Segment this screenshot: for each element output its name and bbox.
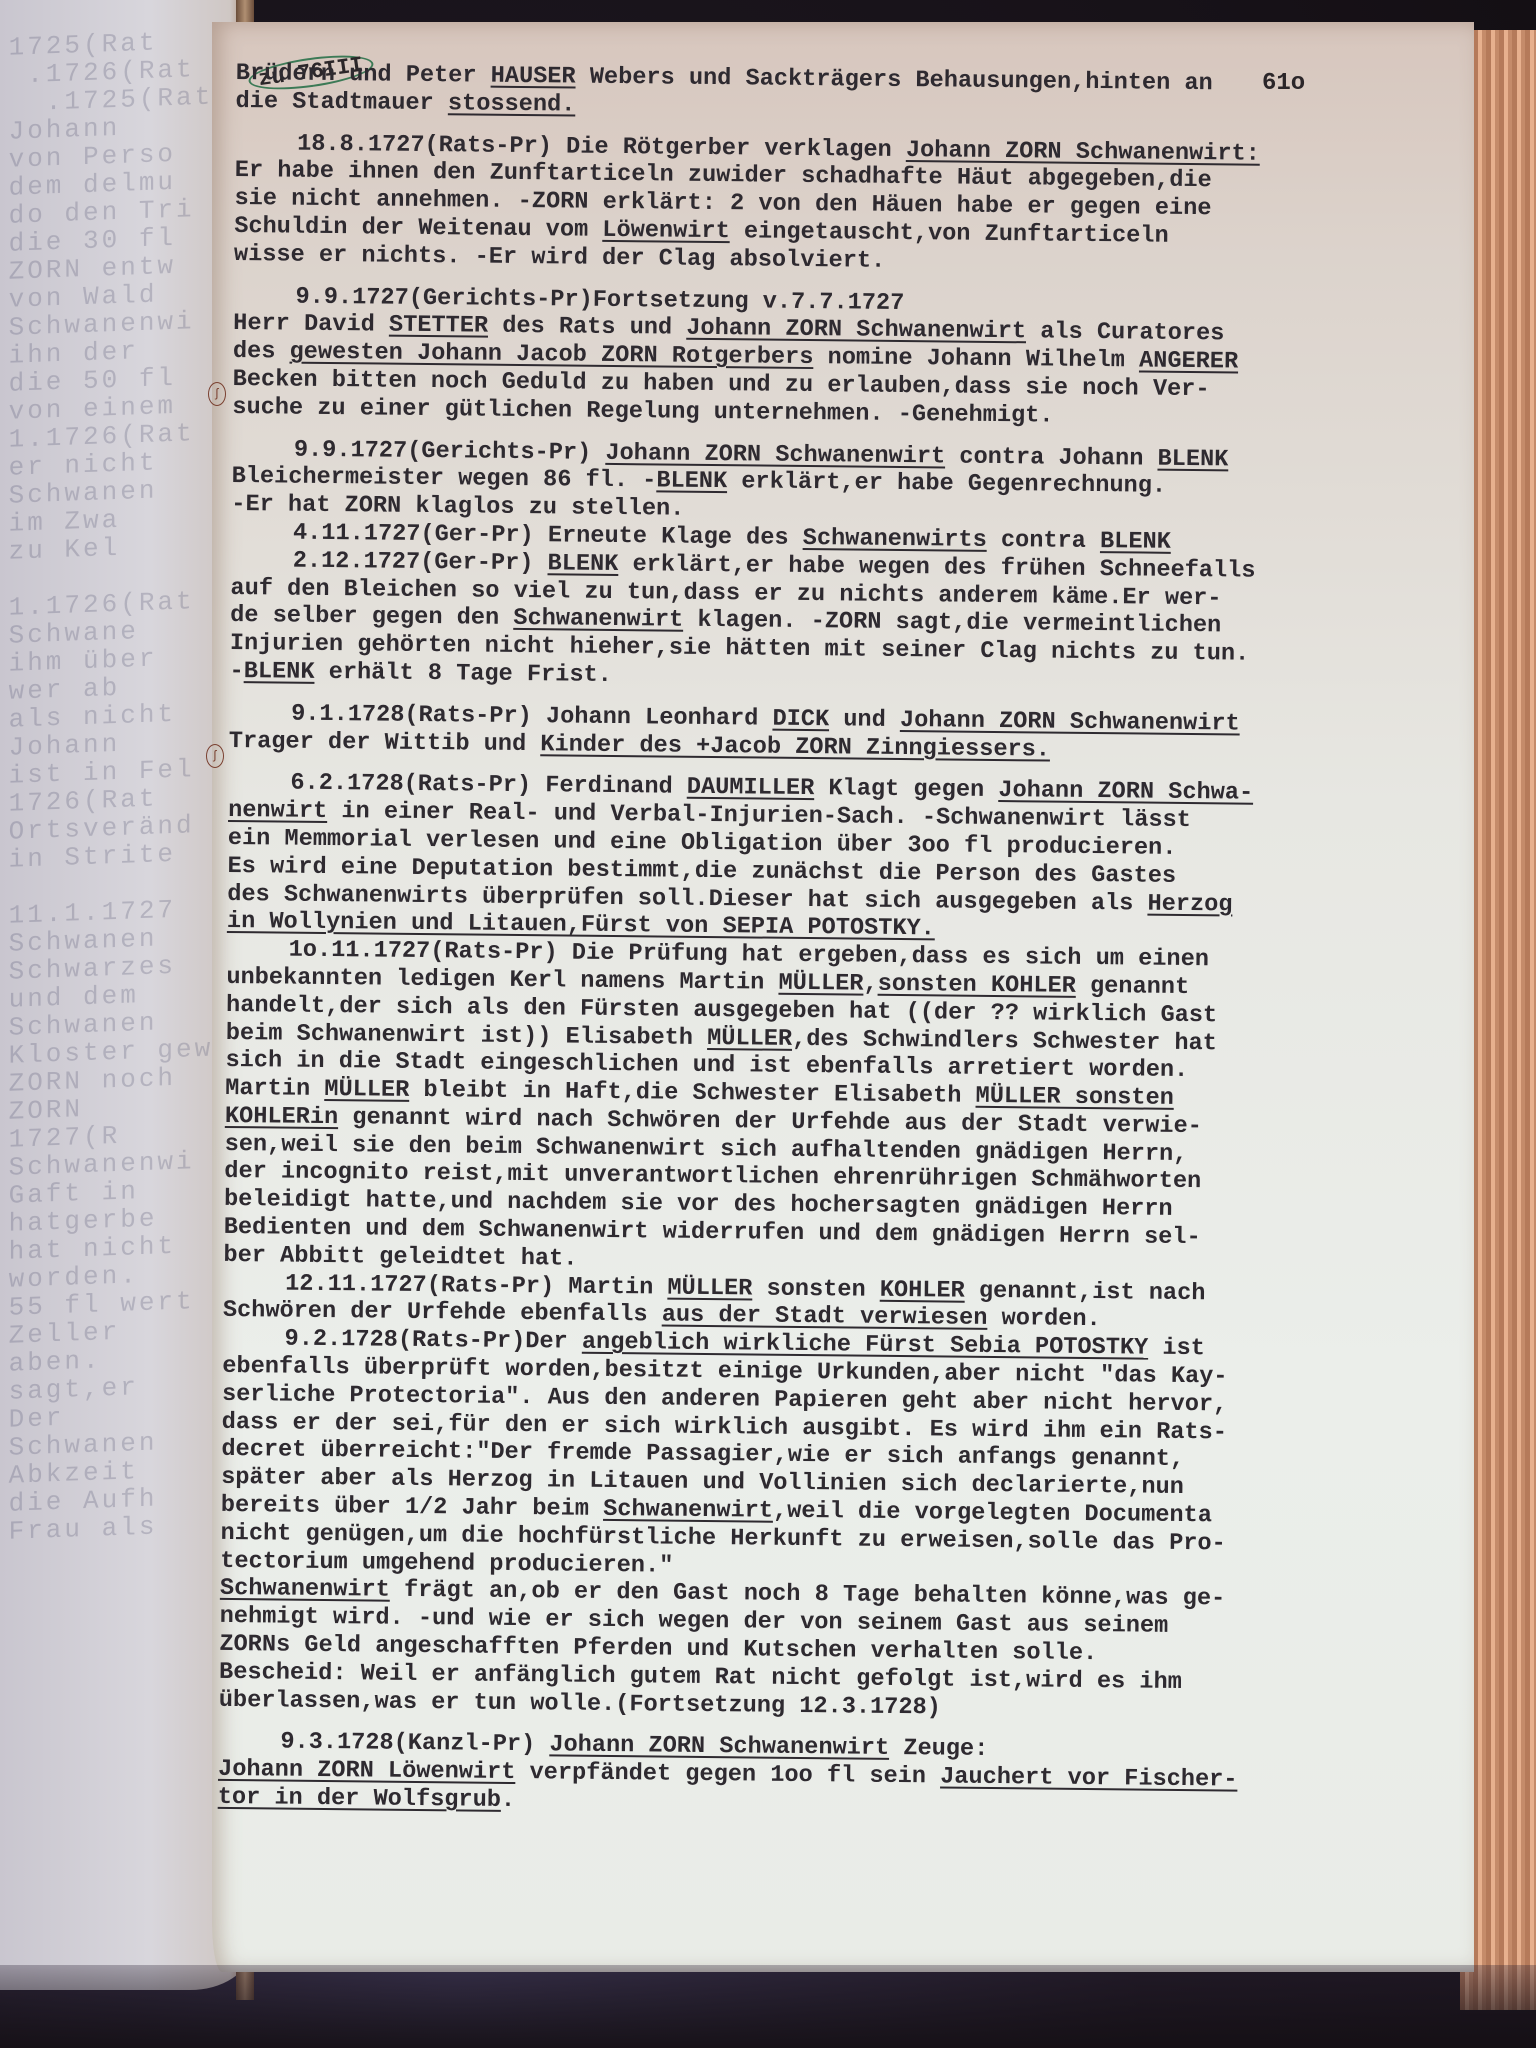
text-segment: -Er hat ZORN klaglos zu stellen. xyxy=(231,491,684,523)
record-entry: Brüdern und Peter HAUSER Webers und Sack… xyxy=(235,60,1466,128)
text-segment: . xyxy=(501,1787,515,1814)
text-segment: sonsten xyxy=(752,1275,880,1303)
underlined-name: gewesten Johann Jacob ZORN Rotgerbers xyxy=(289,339,813,371)
record-entry: 18.8.1727(Rats-Pr) Die Rötgerber verklag… xyxy=(234,130,1465,282)
text-segment: des xyxy=(233,338,290,366)
underlined-name: nenwirt xyxy=(228,797,327,825)
underlined-name: BLENK xyxy=(1157,445,1228,473)
text-segment: als Curatores xyxy=(1026,319,1225,348)
underlined-name: DAUMILLER xyxy=(687,774,815,802)
underlined-name: MÜLLER xyxy=(707,1024,792,1052)
text-segment: eingetauscht,von Zunftarticeln xyxy=(730,218,1169,250)
text-segment: Zeuge: xyxy=(889,1735,988,1763)
underlined-name: Herzog xyxy=(1147,890,1232,918)
text-segment: 6.2.1728(Rats-Pr) Ferdinand xyxy=(290,770,687,801)
underlined-name: Schwanenwirt xyxy=(220,1575,390,1604)
text-segment: ber Abbitt geleidtet hat. xyxy=(223,1242,577,1273)
underlined-name: HAUSER xyxy=(491,63,576,91)
text-segment: wisse er nichts. -Er wird der Clag absol… xyxy=(234,241,886,275)
table-surface xyxy=(0,1965,1536,2048)
underlined-name: Johann ZORN Schwanenwirt: xyxy=(906,137,1260,168)
underlined-name: Schwanenwirt xyxy=(603,1496,773,1525)
underlined-name: Schwanenwirt xyxy=(513,605,683,634)
text-segment: 12.11.1727(Rats-Pr) Martin xyxy=(285,1270,668,1301)
underlined-name: BLENK xyxy=(547,550,618,578)
underlined-name: Johann ZORN Schwanenwirt xyxy=(900,707,1240,738)
text-segment: 9.1.1728(Rats-Pr) Johann Leonhard xyxy=(291,700,773,732)
underlined-name: Jauchert vor Fischer- xyxy=(940,1764,1238,1794)
text-segment: de selber gegen den xyxy=(230,602,513,632)
typewritten-text-body: Brüdern und Peter HAUSER Webers und Sack… xyxy=(218,60,1466,1825)
text-segment: Martin xyxy=(225,1075,324,1103)
underlined-name: MÜLLER sonsten xyxy=(975,1083,1174,1112)
underlined-name: BLENK xyxy=(1100,528,1171,556)
text-segment: 9.2.1728(Rats-Pr)Der xyxy=(284,1326,582,1356)
underlined-name: Johann ZORN Schwa- xyxy=(998,777,1253,807)
text-segment: ist xyxy=(1148,1335,1205,1363)
text-segment: nomine Johann Wilhelm xyxy=(813,344,1139,374)
text-segment: Schuldin der Weitenau vom xyxy=(234,213,602,244)
underlined-name: ANGERER xyxy=(1139,348,1238,376)
text-segment: Trager der Wittib und xyxy=(229,727,541,757)
text-segment: erklärt,er habe Gegenrechnung. xyxy=(727,469,1166,501)
underlined-name: BLENK xyxy=(656,468,727,496)
text-segment: beim Schwanenwirt ist)) Elisabeth xyxy=(226,1019,708,1051)
text-segment: worden. xyxy=(987,1305,1101,1333)
text-segment: Webers und Sackträgers Behausungen,hinte… xyxy=(576,64,1213,98)
text-segment: die Stadtmauer xyxy=(235,88,448,117)
text-segment: 2.12.1727(Ger-Pr) xyxy=(293,547,548,577)
text-segment: und xyxy=(829,706,900,734)
underlined-name: Schwanenwirts xyxy=(803,525,987,554)
margin-annotation-mark: ʃ xyxy=(208,382,226,406)
underlined-name: BLENK xyxy=(244,658,315,686)
underlined-name: stossend. xyxy=(448,90,576,118)
underlined-name: Johann ZORN Schwanenwirt xyxy=(605,439,945,470)
text-segment: bereits über 1/2 Jahr beim xyxy=(221,1492,604,1523)
record-entry: 9.1.1728(Rats-Pr) Johann Leonhard DICK u… xyxy=(229,700,1460,768)
text-segment: genannt xyxy=(1076,973,1190,1001)
text-segment: Brüdern und Peter xyxy=(236,60,491,90)
underlined-name: Johann ZORN Schwanenwirt xyxy=(549,1732,889,1763)
text-segment: , xyxy=(863,971,877,998)
text-segment: ,des Schwindlers Schwester hat xyxy=(792,1025,1217,1056)
text-segment: verpfändet gegen 1oo fl sein xyxy=(515,1759,940,1790)
underlined-name: MÜLLER xyxy=(778,970,863,998)
text-segment: 9.9.1727(Gerichts-Pr) xyxy=(294,436,606,466)
underlined-name: sonsten KOHLER xyxy=(878,971,1077,1000)
text-segment: - xyxy=(229,658,243,685)
underlined-name: KOHLERin xyxy=(225,1103,339,1131)
text-segment: Klagt gegen xyxy=(814,775,998,804)
record-entry: 6.2.1728(Rats-Pr) Ferdinand DAUMILLER Kl… xyxy=(219,769,1459,1727)
text-segment: Bleichermeister wegen 86 fl. - xyxy=(231,463,656,494)
record-entry: 9.9.1727(Gerichts-Pr) Johann ZORN Schwan… xyxy=(229,436,1462,699)
underlined-name: Johann ZORN Löwenwirt xyxy=(218,1756,516,1786)
text-segment: 4.11.1727(Ger-Pr) Erneute Klage des xyxy=(293,520,803,552)
text-segment: contra xyxy=(987,527,1101,555)
text-segment: erhält 8 Tage Frist. xyxy=(314,659,612,689)
text-segment: Herr David xyxy=(233,310,389,339)
text-segment: ,weil die vorgelegten Documenta xyxy=(773,1498,1212,1530)
text-segment: Schwören der Urfehde ebenfalls xyxy=(223,1297,662,1329)
margin-annotation-mark: ʃ xyxy=(206,744,224,768)
underlined-name: MÜLLER xyxy=(324,1076,409,1104)
record-entry: 9.3.1728(Kanzl-Pr) Johann ZORN Schwanenw… xyxy=(218,1728,1449,1824)
underlined-name: Kinder des +Jacob ZORN Zinngiessers. xyxy=(540,731,1050,763)
text-segment: contra Johann xyxy=(945,443,1158,472)
text-segment: des Rats und xyxy=(488,313,687,342)
underlined-name: aus der Stadt verwiesen xyxy=(662,1302,988,1332)
text-segment: 9.3.1728(Kanzl-Pr) xyxy=(280,1729,549,1759)
record-entry: 9.9.1727(Gerichts-Pr)Fortsetzung v.7.7.1… xyxy=(232,283,1463,435)
underlined-name: MÜLLER xyxy=(667,1274,752,1302)
underlined-name: Löwenwirt xyxy=(602,217,730,245)
text-segment: genannt,ist nach xyxy=(965,1277,1206,1307)
underlined-name: STETTER xyxy=(389,312,488,340)
text-segment: tectorium umgehend producieren." xyxy=(220,1548,673,1580)
facing-page-faded-text: .1725(Rat .1726(Rat .1725(Rat Johann von… xyxy=(0,26,240,1575)
underlined-name: tor in der Wolfsgrub xyxy=(218,1784,501,1814)
underlined-name: KOHLER xyxy=(880,1276,965,1304)
underlined-name: Johann ZORN Schwanenwirt xyxy=(686,315,1026,346)
underlined-name: DICK xyxy=(772,705,829,733)
